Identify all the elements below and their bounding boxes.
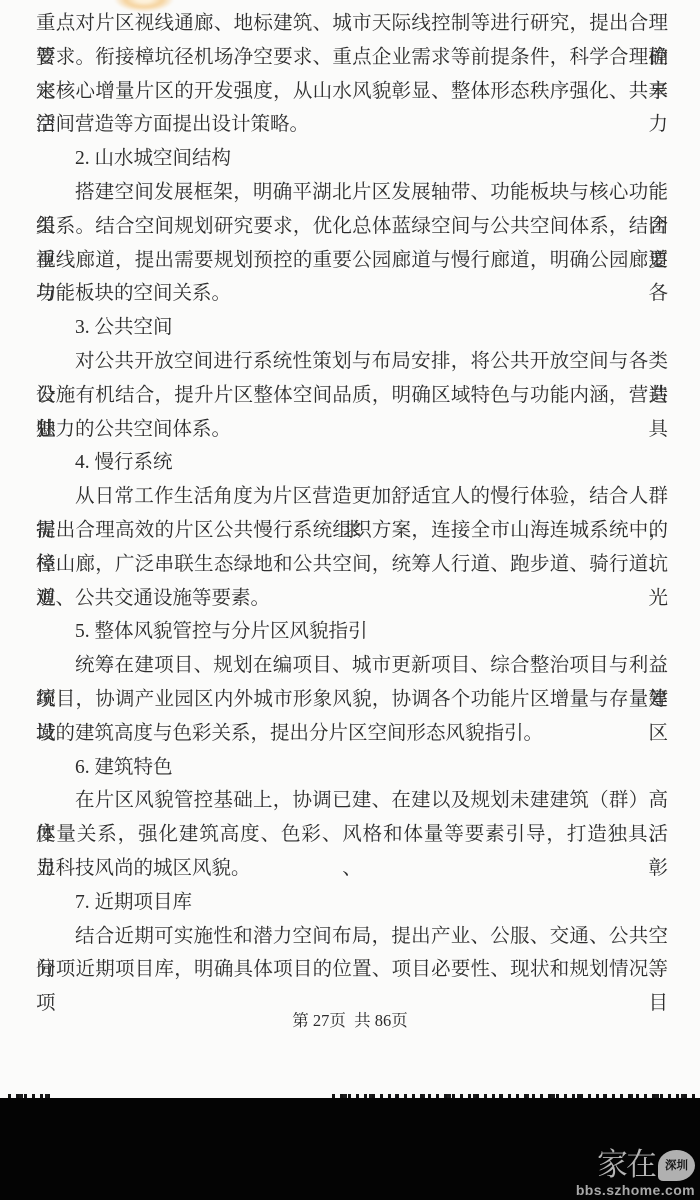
text-line: 结合近期可实施性和潜力空间布局，提出产业、公服、交通、公共空间等 [36, 920, 668, 954]
text-line: 提出合理高效的片区公共慢行系统组织方案，连接全市山海连城系统中的樟坑 [36, 514, 668, 548]
szhome-watermark-logo: 家在 深圳 bbs.szhome.com [576, 1148, 695, 1198]
document-page: 重点对片区视线通廊、地标建筑、城市天际线控制等进行研究，提出合理管控要求。衔接樟… [0, 0, 700, 1200]
text-line: 体量关系，强化建筑高度、色彩、风格和体量等要素引导，打造独具活力、彰 [36, 818, 668, 852]
section-heading: 5. 整体风貌管控与分片区风貌指引 [36, 615, 668, 649]
text-line: 统筹在建项目、规划在编项目、城市更新项目、综合整治项目与利益统筹 [36, 649, 668, 683]
text-line: 来核心增量片区的开发强度，从山水风貌彰显、整体形态秩序强化、共享活力 [36, 75, 668, 109]
text-line: 搭建空间发展框架，明确平湖北片区发展轴带、功能板块与核心功能组团 [36, 176, 668, 210]
section-heading: 4. 慢行系统 [36, 446, 668, 480]
page-number: 第 27页 共 86页 [0, 1010, 700, 1032]
logo-text: 家在 [597, 1148, 655, 1182]
section-heading: 3. 公共空间 [36, 311, 668, 345]
text-line: 设施有机结合，提升片区整体空间品质，明确区域特色与功能内涵，营造独具 [36, 379, 668, 413]
text-line: 项目，协调产业园区内外城市形象风貌，协调各个功能片区增量与存量建设区 [36, 683, 668, 717]
bottom-black-band: 家在 深圳 bbs.szhome.com [0, 1098, 700, 1200]
text-line: 分项近期项目库，明确具体项目的位置、项目必要性、现状和规划情况、项目 [36, 953, 668, 987]
text-line: 从日常工作生活角度为片区营造更加舒适宜人的慢行体验，结合人群需求， [36, 480, 668, 514]
text-line: 重点对片区视线通廊、地标建筑、城市天际线控制等进行研究，提出合理管控 [36, 7, 668, 41]
section-heading: 7. 近期项目库 [36, 886, 668, 920]
text-line: 径山廊，广泛串联生态绿地和公共空间，统筹人行道、跑步道、骑行道、观光 [36, 548, 668, 582]
text-line: 视线廊道，提出需要规划预控的重要公园廊道与慢行廊道，明确公园廊道与各 [36, 244, 668, 278]
logo-city-badge: 深圳 [658, 1150, 695, 1181]
logo-row: 家在 深圳 [576, 1148, 695, 1182]
text-line: 在片区风貌管控基础上，协调已建、在建以及规划未建建筑（群）高度、 [36, 784, 668, 818]
text-line: 对公共开放空间进行系统性策划与布局安排，将公共开放空间与各类公共 [36, 345, 668, 379]
logo-url: bbs.szhome.com [576, 1183, 695, 1198]
section-heading: 2. 山水城空间结构 [36, 142, 668, 176]
document-text: 重点对片区视线通廊、地标建筑、城市天际线控制等进行研究，提出合理管控要求。衔接樟… [36, 7, 668, 987]
text-line: 要求。衔接樟坑径机场净空要求、重点企业需求等前提条件，科学合理确定未 [36, 41, 668, 75]
section-heading: 6. 建筑特色 [36, 751, 668, 785]
text-line: 关系。结合空间规划研究要求，优化总体蓝绿空间与公共空间体系，结合重要 [36, 210, 668, 244]
